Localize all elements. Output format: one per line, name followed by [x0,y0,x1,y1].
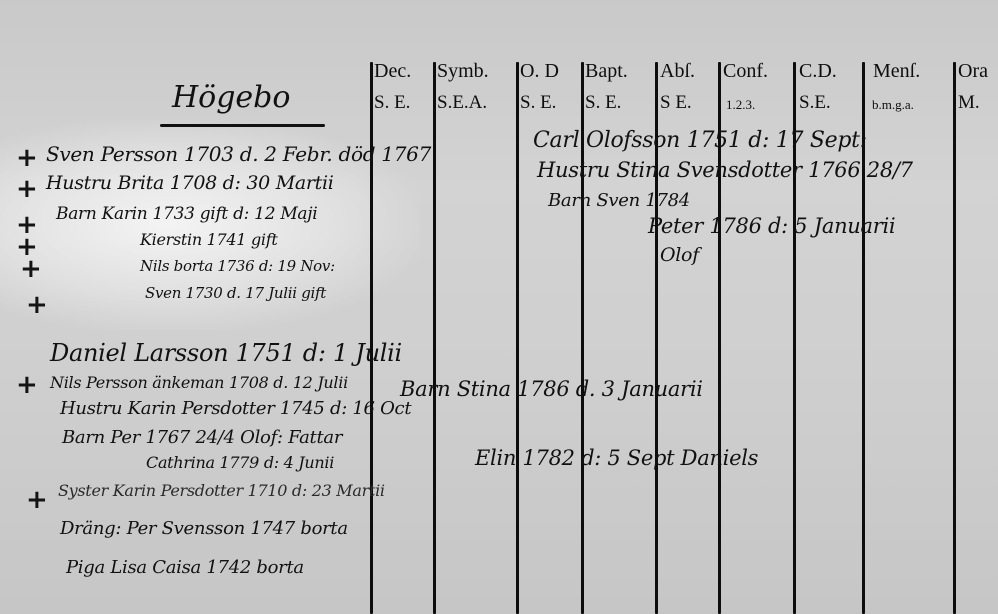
death-cross-mark: + [26,292,48,318]
column-header-ora: Ora [958,60,988,83]
column-rule [516,62,519,614]
farm-title: Högebo [172,80,290,115]
household-entry-right: Peter 1786 d: 5 Januarii [648,214,895,238]
household-entry-right: Elin 1782 d: 5 Sept Daniels [475,446,758,470]
household-entry-right: Olof [660,244,699,266]
column-sub-od: S. E. [520,92,556,114]
death-cross-mark: + [20,256,42,282]
death-cross-mark: + [16,176,38,202]
column-header-dec: Dec. [374,60,411,83]
household-entry: Sven 1730 d. 17 Julii gift [145,284,326,302]
household-entry: Piga Lisa Caisa 1742 borta [66,557,304,578]
household-entry: Syster Karin Persdotter 1710 d: 23 Marti… [58,481,385,500]
household-entry: Hustru Karin Persdotter 1745 d: 16 Oct [60,398,411,419]
household-entry: Barn Karin 1733 gift d: 12 Maji [56,204,317,224]
column-header-abs: Abſ. [660,60,695,83]
column-header-symb: Symb. [437,60,489,83]
household-entry: Daniel Larsson 1751 d: 1 Julii [50,339,402,367]
household-entry-right: Carl Olofsson 1751 d: 17 Sept: [533,128,867,153]
column-sub-conf: 1.2.3. [726,97,755,113]
column-sub-dec: S. E. [374,92,410,114]
household-entry: Sven Persson 1703 d. 2 Febr. död 1767 [46,142,431,166]
column-rule [433,62,436,614]
household-entry: Nils Persson änkeman 1708 d. 12 Julii [50,373,348,392]
death-cross-mark: + [26,487,48,513]
household-entry: Barn Per 1767 24/4 Olof: Fattar [62,427,342,448]
household-entry: Cathrina 1779 d: 4 Junii [146,453,334,472]
column-header-conf: Conf. [723,60,768,83]
household-entry: Nils borta 1736 d: 19 Nov: [140,257,335,275]
household-entry: Dräng: Per Svensson 1747 borta [60,518,348,539]
column-sub-symb: S.E.A. [437,92,487,114]
column-sub-bapt: S. E. [585,92,621,114]
column-header-mens: Menſ. [873,60,920,83]
household-entry-right: Barn Stina 1786 d. 3 Januarii [400,377,703,401]
household-entry: Kierstin 1741 gift [140,230,277,249]
death-cross-mark: + [16,372,38,398]
household-entry: Hustru Brita 1708 d: 30 Martii [46,172,334,194]
title-underline [160,124,325,127]
household-entry-right: Hustru Stina Svensdotter 1766 28/7 [537,158,913,182]
column-sub-mens: b.m.g.a. [872,97,914,113]
column-sub-ora: M. [958,92,980,114]
household-entry-right: Barn Sven 1784 [548,190,690,211]
column-sub-cd: S.E. [799,92,831,114]
death-cross-mark: + [16,145,38,171]
column-header-od: O. D [520,60,559,83]
column-sub-abs: S E. [660,92,692,114]
column-header-cd: C.D. [799,60,837,83]
column-rule [953,62,956,614]
column-header-bapt: Bapt. [585,60,628,83]
